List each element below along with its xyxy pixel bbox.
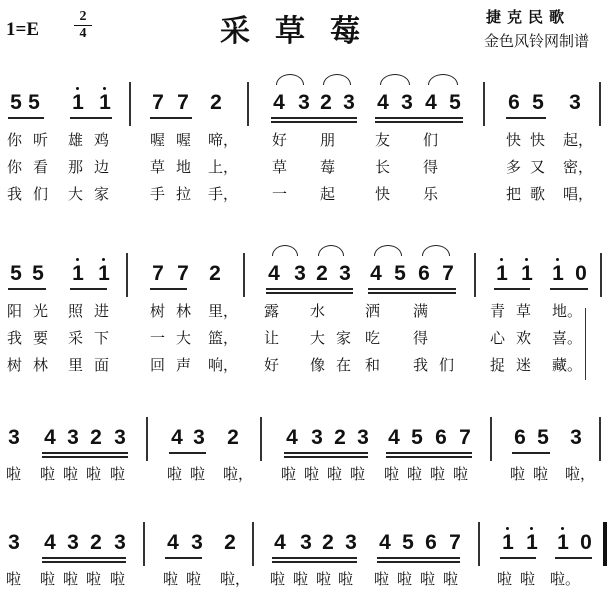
lyric-syllable: 歌 xyxy=(530,186,545,203)
eighth-beam xyxy=(165,557,202,559)
barline xyxy=(143,522,145,566)
lyric-syllable: 啦 xyxy=(453,466,468,483)
barline xyxy=(599,82,601,126)
lyric-syllable: 要 xyxy=(33,330,48,347)
note: 6 xyxy=(512,427,528,448)
slur xyxy=(374,245,402,256)
barline xyxy=(490,417,492,461)
lyric-syllable: 一 xyxy=(272,186,287,203)
eighth-beam xyxy=(512,452,550,454)
note: 3 xyxy=(337,263,353,284)
barline xyxy=(243,253,245,297)
slur xyxy=(318,245,344,256)
lyric-syllable: 啦， xyxy=(565,466,595,483)
note: 1 xyxy=(97,92,113,113)
barline xyxy=(474,253,476,297)
sixteenth-beam xyxy=(386,456,472,458)
barline xyxy=(600,253,602,297)
lyric-syllable: 树 xyxy=(7,357,22,374)
lyric-syllable: 啦 xyxy=(327,466,342,483)
lyric-syllable: 青 xyxy=(490,303,505,320)
lyric-syllable: 啦 xyxy=(186,571,201,588)
note: 4 xyxy=(377,532,393,553)
note: 2 xyxy=(207,263,223,284)
sixteenth-beam xyxy=(271,121,357,123)
lyric-syllable: 得 xyxy=(413,330,428,347)
song-origin: 捷克民歌 xyxy=(486,6,570,27)
note: 2 xyxy=(314,263,330,284)
lyric-syllable: 起， xyxy=(563,132,593,149)
lyric-syllable: 好 xyxy=(264,357,279,374)
note: 6 xyxy=(433,427,449,448)
lyric-syllable: 啦， xyxy=(223,466,253,483)
note: 3 xyxy=(568,427,584,448)
lyric-syllable: 林 xyxy=(176,303,191,320)
eighth-beam xyxy=(150,117,192,119)
lyric-syllable: 满 xyxy=(413,303,428,320)
lyric-syllable: 下 xyxy=(94,330,109,347)
note: 7 xyxy=(447,532,463,553)
note: 4 xyxy=(169,427,185,448)
note: 4 xyxy=(423,92,439,113)
slur xyxy=(276,74,304,85)
lyric-syllable: 响， xyxy=(208,357,238,374)
lyric-syllable: 草 xyxy=(516,303,531,320)
lyric-syllable: 看 xyxy=(33,159,48,176)
eighth-beam xyxy=(550,288,588,290)
note: 3 xyxy=(65,532,81,553)
lyric-syllable: 快 xyxy=(506,132,521,149)
slur xyxy=(323,74,351,85)
lyric-syllable: 迷 xyxy=(516,357,531,374)
note: 3 xyxy=(292,263,308,284)
note: 4 xyxy=(266,263,282,284)
note: 7 xyxy=(150,263,166,284)
note: 1 xyxy=(96,263,112,284)
note: 1 xyxy=(500,532,516,553)
lyric-syllable: 大 xyxy=(176,330,191,347)
lyric-syllable: 我 xyxy=(7,330,22,347)
lyric-syllable: 啦 xyxy=(190,466,205,483)
lyric-syllable: 我 xyxy=(413,357,428,374)
lyric-syllable: 边 xyxy=(94,159,109,176)
note: 2 xyxy=(318,92,334,113)
note: 3 xyxy=(191,427,207,448)
lyric-syllable: 啦 xyxy=(338,571,353,588)
eighth-beam xyxy=(150,288,187,290)
sixteenth-beam xyxy=(368,288,456,290)
note: 2 xyxy=(88,532,104,553)
lyric-syllable: 大 xyxy=(68,186,83,203)
lyric-syllable: 啦 xyxy=(6,571,21,588)
eighth-beam xyxy=(555,557,592,559)
note: 4 xyxy=(368,263,384,284)
note: 3 xyxy=(112,532,128,553)
lyric-syllable: 啦 xyxy=(110,466,125,483)
lyric-syllable: 喜。 xyxy=(552,330,582,347)
note: 3 xyxy=(189,532,205,553)
note: 4 xyxy=(271,92,287,113)
note: 3 xyxy=(399,92,415,113)
lyric-syllable: 啦 xyxy=(384,466,399,483)
note: 7 xyxy=(175,92,191,113)
note: 3 xyxy=(65,427,81,448)
lyric-syllable: 雄 xyxy=(68,132,83,149)
note: 5 xyxy=(400,532,416,553)
note: 5 xyxy=(8,263,24,284)
lyric-syllable: 啦 xyxy=(533,466,548,483)
note: 3 xyxy=(343,532,359,553)
note: 1 xyxy=(524,532,540,553)
time-signature-top: 2 xyxy=(74,10,92,24)
note: 4 xyxy=(284,427,300,448)
lyric-syllable: 露 xyxy=(264,303,279,320)
note: 5 xyxy=(26,92,42,113)
eighth-beam xyxy=(506,117,546,119)
note: 3 xyxy=(355,427,371,448)
lyric-syllable: 啦 xyxy=(430,466,445,483)
time-signature-bottom: 4 xyxy=(74,27,92,41)
slur xyxy=(380,74,410,85)
note: 1 xyxy=(70,92,86,113)
lyric-syllable: 喔 xyxy=(150,132,165,149)
note: 3 xyxy=(341,92,357,113)
lyric-syllable: 啦 xyxy=(163,571,178,588)
lyric-syllable: 啦 xyxy=(86,571,101,588)
lyric-syllable: 啦 xyxy=(40,466,55,483)
eighth-beam xyxy=(8,117,44,119)
lyric-syllable: 草 xyxy=(272,159,287,176)
lyric-syllable: 像 xyxy=(310,357,325,374)
lyric-syllable: 啦 xyxy=(510,466,525,483)
slur xyxy=(428,74,458,85)
lyric-syllable: 和 xyxy=(365,357,380,374)
lyric-syllable: 林 xyxy=(33,357,48,374)
note: 5 xyxy=(535,427,551,448)
note: 2 xyxy=(320,532,336,553)
lyric-syllable: 起 xyxy=(320,186,335,203)
note: 1 xyxy=(70,263,86,284)
slur xyxy=(422,245,450,256)
lyric-syllable: 你 xyxy=(7,159,22,176)
lyric-syllable: 上， xyxy=(208,159,238,176)
lyric-syllable: 多 xyxy=(506,159,521,176)
lyric-syllable: 拉 xyxy=(176,186,191,203)
lyric-syllable: 进 xyxy=(94,303,109,320)
lyric-syllable: 手， xyxy=(208,186,238,203)
lyric-syllable: 回 xyxy=(150,357,165,374)
lyric-syllable: 阳 xyxy=(7,303,22,320)
sixteenth-beam xyxy=(272,557,357,559)
slur xyxy=(272,245,298,256)
note: 3 xyxy=(296,92,312,113)
lyric-syllable: 水 xyxy=(310,303,325,320)
note: 5 xyxy=(530,92,546,113)
lyric-syllable: 长 xyxy=(375,159,390,176)
note: 5 xyxy=(8,92,24,113)
lyric-syllable: 们 xyxy=(439,357,454,374)
note: 6 xyxy=(416,263,432,284)
sixteenth-beam xyxy=(272,561,357,563)
lyric-syllable: 地。 xyxy=(552,303,582,320)
lyric-syllable: 啦 xyxy=(63,466,78,483)
note: 3 xyxy=(112,427,128,448)
barline xyxy=(260,417,262,461)
lyric-syllable: 啦 xyxy=(304,466,319,483)
lyric-syllable: 声 xyxy=(176,357,191,374)
note: 2 xyxy=(225,427,241,448)
lyric-syllable: 啦 xyxy=(63,571,78,588)
lyric-syllable: 家 xyxy=(94,186,109,203)
lyric-syllable: 大 xyxy=(310,330,325,347)
lyric-syllable: 啦 xyxy=(443,571,458,588)
lyric-syllable: 啦 xyxy=(497,571,512,588)
note: 6 xyxy=(506,92,522,113)
note: 2 xyxy=(222,532,238,553)
final-barline xyxy=(603,522,607,566)
lyric-syllable: 草 xyxy=(150,159,165,176)
lyric-syllable: 莓 xyxy=(320,159,335,176)
lyric-syllable: 地 xyxy=(176,159,191,176)
lyric-syllable: 篮， xyxy=(208,330,238,347)
lyric-syllable: 得 xyxy=(423,159,438,176)
repeat-brace-line xyxy=(585,308,586,380)
lyric-syllable: 啼， xyxy=(208,132,238,149)
lyric-syllable: 把 xyxy=(506,186,521,203)
note: 5 xyxy=(30,263,46,284)
sixteenth-beam xyxy=(266,288,353,290)
lyric-syllable: 一 xyxy=(150,330,165,347)
eighth-beam xyxy=(70,117,112,119)
lyric-syllable: 啦 xyxy=(397,571,412,588)
note: 7 xyxy=(175,263,191,284)
lyric-syllable: 啦， xyxy=(220,571,250,588)
barline xyxy=(146,417,148,461)
lyric-syllable: 们 xyxy=(423,132,438,149)
lyric-syllable: 们 xyxy=(33,186,48,203)
lyric-syllable: 啦 xyxy=(420,571,435,588)
note: 5 xyxy=(409,427,425,448)
lyric-syllable: 照 xyxy=(68,303,83,320)
lyric-syllable: 好 xyxy=(272,132,287,149)
note: 4 xyxy=(375,92,391,113)
sixteenth-beam xyxy=(368,292,456,294)
sixteenth-beam xyxy=(284,456,368,458)
sixteenth-beam xyxy=(375,117,463,119)
lyric-syllable: 密， xyxy=(563,159,593,176)
lyric-syllable: 啦 xyxy=(316,571,331,588)
lyric-syllable: 朋 xyxy=(320,132,335,149)
lyric-syllable: 啦 xyxy=(110,571,125,588)
key-signature: 1=E xyxy=(6,19,39,41)
score-maker: 金色风铃网制谱 xyxy=(484,30,589,51)
lyric-syllable: 吃 xyxy=(365,330,380,347)
lyric-syllable: 啦 xyxy=(167,466,182,483)
lyric-syllable: 采 xyxy=(68,330,83,347)
lyric-syllable: 友 xyxy=(375,132,390,149)
note: 1 xyxy=(519,263,535,284)
lyric-syllable: 心 xyxy=(490,330,505,347)
lyric-syllable: 让 xyxy=(264,330,279,347)
note: 0 xyxy=(578,532,594,553)
barline xyxy=(252,522,254,566)
sixteenth-beam xyxy=(377,561,460,563)
eighth-beam xyxy=(500,557,536,559)
time-signature: 2 4 xyxy=(74,10,92,41)
barline xyxy=(483,82,485,126)
lyric-syllable: 快 xyxy=(530,132,545,149)
lyric-syllable: 啦 xyxy=(374,571,389,588)
sixteenth-beam xyxy=(42,452,128,454)
lyric-syllable: 我 xyxy=(7,186,22,203)
lyric-syllable: 听 xyxy=(33,132,48,149)
lyric-syllable: 啦 xyxy=(407,466,422,483)
lyric-syllable: 藏。 xyxy=(552,357,582,374)
note: 1 xyxy=(550,263,566,284)
lyric-syllable: 乐 xyxy=(423,186,438,203)
note: 1 xyxy=(555,532,571,553)
barline xyxy=(247,82,249,126)
note: 3 xyxy=(6,532,22,553)
note: 4 xyxy=(42,532,58,553)
sixteenth-beam xyxy=(284,452,368,454)
lyric-syllable: 啦 xyxy=(6,466,21,483)
note: 4 xyxy=(42,427,58,448)
note: 6 xyxy=(423,532,439,553)
eighth-beam xyxy=(494,288,530,290)
barline xyxy=(129,82,131,126)
eighth-beam xyxy=(8,288,46,290)
sixteenth-beam xyxy=(271,117,357,119)
note: 1 xyxy=(494,263,510,284)
lyric-syllable: 手 xyxy=(150,186,165,203)
lyric-syllable: 光 xyxy=(33,303,48,320)
note: 7 xyxy=(457,427,473,448)
note: 3 xyxy=(6,427,22,448)
song-title: 采草莓 xyxy=(220,6,385,50)
lyric-syllable: 啦 xyxy=(270,571,285,588)
lyric-syllable: 那 xyxy=(68,159,83,176)
barline xyxy=(126,253,128,297)
lyric-syllable: 啦 xyxy=(520,571,535,588)
note: 7 xyxy=(440,263,456,284)
note: 0 xyxy=(573,263,589,284)
sixteenth-beam xyxy=(42,561,126,563)
note: 4 xyxy=(272,532,288,553)
note: 4 xyxy=(386,427,402,448)
lyric-syllable: 又 xyxy=(530,159,545,176)
lyric-syllable: 啦 xyxy=(350,466,365,483)
note: 3 xyxy=(309,427,325,448)
note: 7 xyxy=(150,92,166,113)
lyric-syllable: 你 xyxy=(7,132,22,149)
lyric-syllable: 快 xyxy=(375,186,390,203)
note: 3 xyxy=(567,92,583,113)
lyric-syllable: 啦 xyxy=(86,466,101,483)
sixteenth-beam xyxy=(375,121,463,123)
lyric-syllable: 啦 xyxy=(281,466,296,483)
lyric-syllable: 面 xyxy=(94,357,109,374)
lyric-syllable: 捉 xyxy=(490,357,505,374)
note: 2 xyxy=(88,427,104,448)
sixteenth-beam xyxy=(266,292,353,294)
lyric-syllable: 啦 xyxy=(40,571,55,588)
lyric-syllable: 唱， xyxy=(563,186,593,203)
eighth-beam xyxy=(70,288,107,290)
sixteenth-beam xyxy=(386,452,472,454)
note: 3 xyxy=(298,532,314,553)
lyric-syllable: 啦 xyxy=(293,571,308,588)
sixteenth-beam xyxy=(377,557,460,559)
lyric-syllable: 啦。 xyxy=(550,571,580,588)
note: 2 xyxy=(208,92,224,113)
lyric-syllable: 喔 xyxy=(176,132,191,149)
note: 2 xyxy=(332,427,348,448)
note: 5 xyxy=(392,263,408,284)
sixteenth-beam xyxy=(42,456,128,458)
lyric-syllable: 家 xyxy=(336,330,351,347)
lyric-syllable: 在 xyxy=(336,357,351,374)
lyric-syllable: 里， xyxy=(208,303,238,320)
lyric-syllable: 洒 xyxy=(365,303,380,320)
note: 5 xyxy=(447,92,463,113)
note: 4 xyxy=(165,532,181,553)
lyric-syllable: 欢 xyxy=(516,330,531,347)
barline xyxy=(478,522,480,566)
eighth-beam xyxy=(169,452,206,454)
lyric-syllable: 鸡 xyxy=(94,132,109,149)
barline xyxy=(599,417,601,461)
lyric-syllable: 里 xyxy=(68,357,83,374)
sixteenth-beam xyxy=(42,557,126,559)
lyric-syllable: 树 xyxy=(150,303,165,320)
